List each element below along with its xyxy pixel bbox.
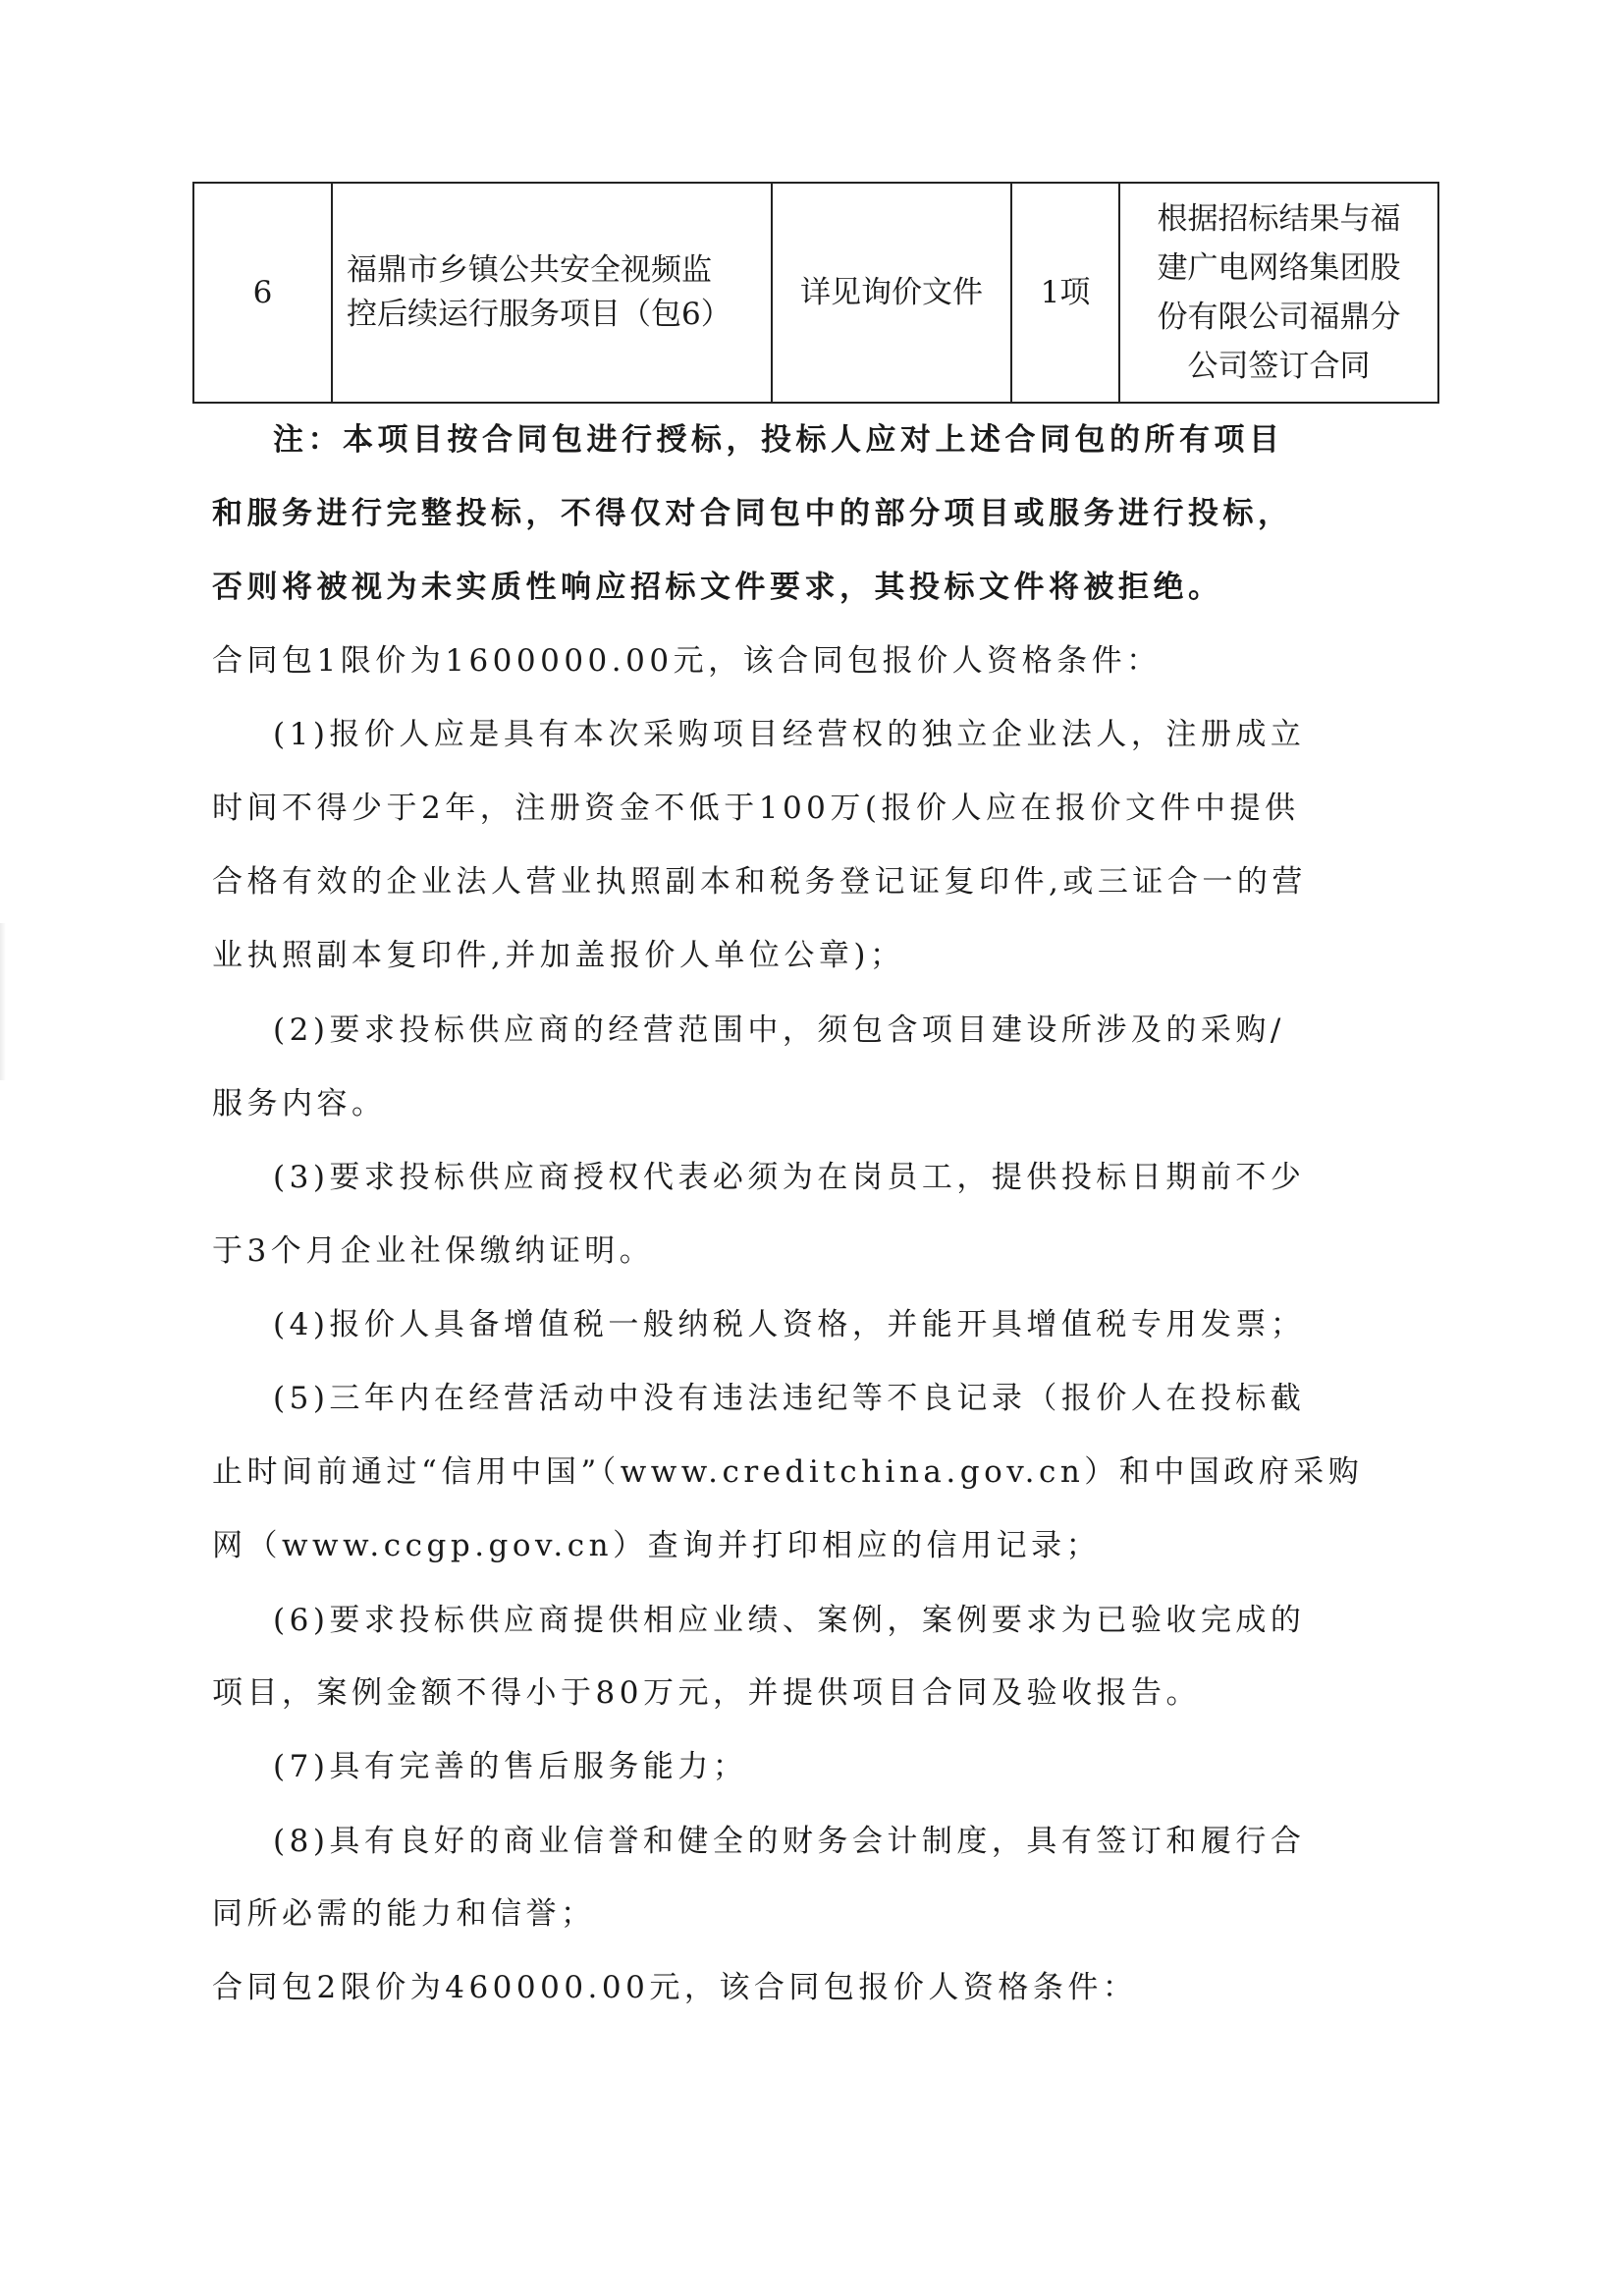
cell-index: 6	[193, 183, 332, 403]
items-table: 6 福鼎市乡镇公共安全视频监 控后续运行服务项目（包6） 详见询价文件 1项 根…	[192, 182, 1439, 404]
condition-line: 业执照副本复印件,并加盖报价人单位公章)；	[212, 936, 904, 975]
note-line: 和服务进行完整投标，不得仅对合同包中的部分项目或服务进行投标，	[212, 494, 1293, 533]
condition-line: (3)要求投标供应商授权代表必须为在岗员工，提供投标日期前不少	[273, 1158, 1305, 1197]
project-name-line: 控后续运行服务项目（包6）	[347, 293, 763, 337]
condition-line: 时间不得少于2年，注册资金不低于100万(报价人应在报价文件中提供	[212, 789, 1299, 828]
note-line: 注：本项目按合同包进行授标，投标人应对上述合同包的所有项目	[273, 420, 1284, 460]
condition-line: 止时间前通过“信用中国”（www.creditchina.gov.cn）和中国政…	[212, 1452, 1363, 1492]
cell-quantity: 1项	[1011, 183, 1119, 403]
condition-line: 于3个月企业社保缴纳证明。	[212, 1231, 654, 1271]
table-row: 6 福鼎市乡镇公共安全视频监 控后续运行服务项目（包6） 详见询价文件 1项 根…	[193, 183, 1438, 403]
remark-line: 公司签订合同	[1130, 342, 1428, 391]
scan-shadow	[0, 923, 6, 1080]
condition-line: (6)要求投标供应商提供相应业绩、案例，案例要求为已验收完成的	[273, 1601, 1305, 1640]
remark-line: 份有限公司福鼎分	[1130, 293, 1428, 342]
condition-line: 服务内容。	[212, 1084, 387, 1123]
condition-line: (4)报价人具备增值税一般纳税人资格，并能开具增值税专用发票；	[273, 1305, 1305, 1344]
condition-line: (7)具有完善的售后服务能力；	[273, 1747, 747, 1786]
package1-heading: 合同包1限价为1600000.00元，该合同包报价人资格条件：	[212, 641, 1162, 681]
condition-line: (2)要求投标供应商的经营范围中，须包含项目建设所涉及的采购/	[273, 1011, 1285, 1050]
condition-line: (1)报价人应是具有本次采购项目经营权的独立企业法人，注册成立	[273, 715, 1305, 754]
condition-line: (5)三年内在经营活动中没有违法违纪等不良记录（报价人在投标截	[273, 1379, 1305, 1418]
project-name-line: 福鼎市乡镇公共安全视频监	[347, 248, 763, 293]
cell-spec: 详见询价文件	[772, 183, 1011, 403]
remark-line: 根据招标结果与福	[1130, 194, 1428, 244]
package2-heading: 合同包2限价为460000.00元，该合同包报价人资格条件：	[212, 1968, 1137, 2007]
note-line: 否则将被视为未实质性响应招标文件要求，其投标文件将被拒绝。	[212, 568, 1223, 607]
cell-project-name: 福鼎市乡镇公共安全视频监 控后续运行服务项目（包6）	[332, 183, 772, 403]
condition-line: 合格有效的企业法人营业执照副本和税务登记证复印件,或三证合一的营	[212, 862, 1307, 902]
cell-remark: 根据招标结果与福 建广电网络集团股 份有限公司福鼎分 公司签订合同	[1119, 183, 1438, 403]
document-page: 6 福鼎市乡镇公共安全视频监 控后续运行服务项目（包6） 详见询价文件 1项 根…	[0, 0, 1623, 2296]
condition-line: 同所必需的能力和信誉；	[212, 1894, 596, 1934]
remark-line: 建广电网络集团股	[1130, 244, 1428, 293]
condition-line: 项目，案例金额不得小于80万元，并提供项目合同及验收报告。	[212, 1673, 1201, 1713]
condition-line: 网（www.ccgp.gov.cn）查询并打印相应的信用记录；	[212, 1526, 1101, 1565]
condition-line: (8)具有良好的商业信誉和健全的财务会计制度，具有签订和履行合	[273, 1822, 1305, 1861]
